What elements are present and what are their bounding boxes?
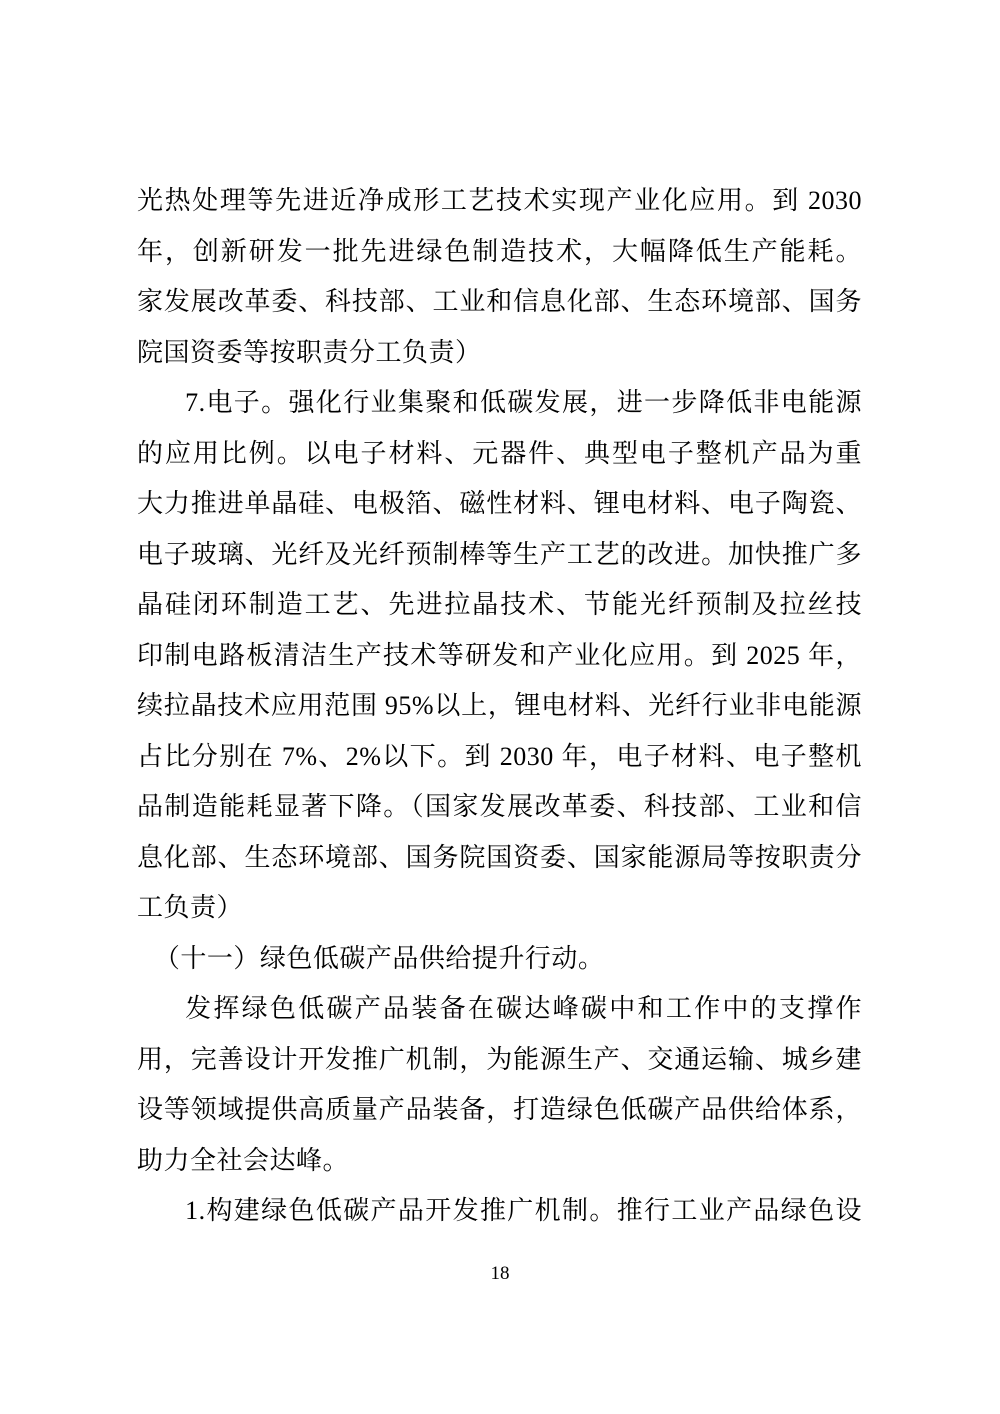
text-line: 的应用比例。以电子材料、元器件、典型电子整机产品为重点，	[137, 429, 862, 480]
text-line: 年，创新研发一批先进绿色制造技术，大幅降低生产能耗。（国	[137, 227, 862, 278]
document-page: 光热处理等先进近净成形工艺技术实现产业化应用。到 2030 年，创新研发一批先进…	[0, 0, 1000, 1414]
text-line: 设等领域提供高质量产品装备，打造绿色低碳产品供给体系，	[137, 1085, 862, 1136]
text-line: 品制造能耗显著下降。（国家发展改革委、科技部、工业和信	[137, 782, 862, 833]
text-line: 电子玻璃、光纤及光纤预制棒等生产工艺的改进。加快推广多	[137, 530, 862, 581]
text-line: 息化部、生态环境部、国务院国资委、国家能源局等按职责分	[137, 833, 862, 884]
text-line: 用，完善设计开发推广机制，为能源生产、交通运输、城乡建	[137, 1035, 862, 1086]
text-line: 助力全社会达峰。	[137, 1136, 862, 1187]
text-line: 1.构建绿色低碳产品开发推广机制。推行工业产品绿色设	[137, 1186, 862, 1237]
text-line: 晶硅闭环制造工艺、先进拉晶技术、节能光纤预制及拉丝技术、	[137, 580, 862, 631]
text-body: 光热处理等先进近净成形工艺技术实现产业化应用。到 2030 年，创新研发一批先进…	[137, 176, 862, 1237]
text-line: 工负责）	[137, 883, 862, 934]
text-line: 7.电子。强化行业集聚和低碳发展，进一步降低非电能源	[137, 378, 862, 429]
text-line: 大力推进单晶硅、电极箔、磁性材料、锂电材料、电子陶瓷、	[137, 479, 862, 530]
text-line: 占比分别在 7%、2%以下。到 2030 年，电子材料、电子整机产	[137, 732, 862, 783]
text-line: 家发展改革委、科技部、工业和信息化部、生态环境部、国务	[137, 277, 862, 328]
text-line: 发挥绿色低碳产品装备在碳达峰碳中和工作中的支撑作	[137, 984, 862, 1035]
page-number: 18	[0, 1261, 1000, 1287]
text-line: 光热处理等先进近净成形工艺技术实现产业化应用。到 2030	[137, 176, 862, 227]
section-heading-line: （十一）绿色低碳产品供给提升行动。	[137, 934, 862, 985]
text-line: 续拉晶技术应用范围 95%以上，锂电材料、光纤行业非电能源	[137, 681, 862, 732]
text-line: 印制电路板清洁生产技术等研发和产业化应用。到 2025 年，连	[137, 631, 862, 682]
text-line: 院国资委等按职责分工负责）	[137, 328, 862, 379]
